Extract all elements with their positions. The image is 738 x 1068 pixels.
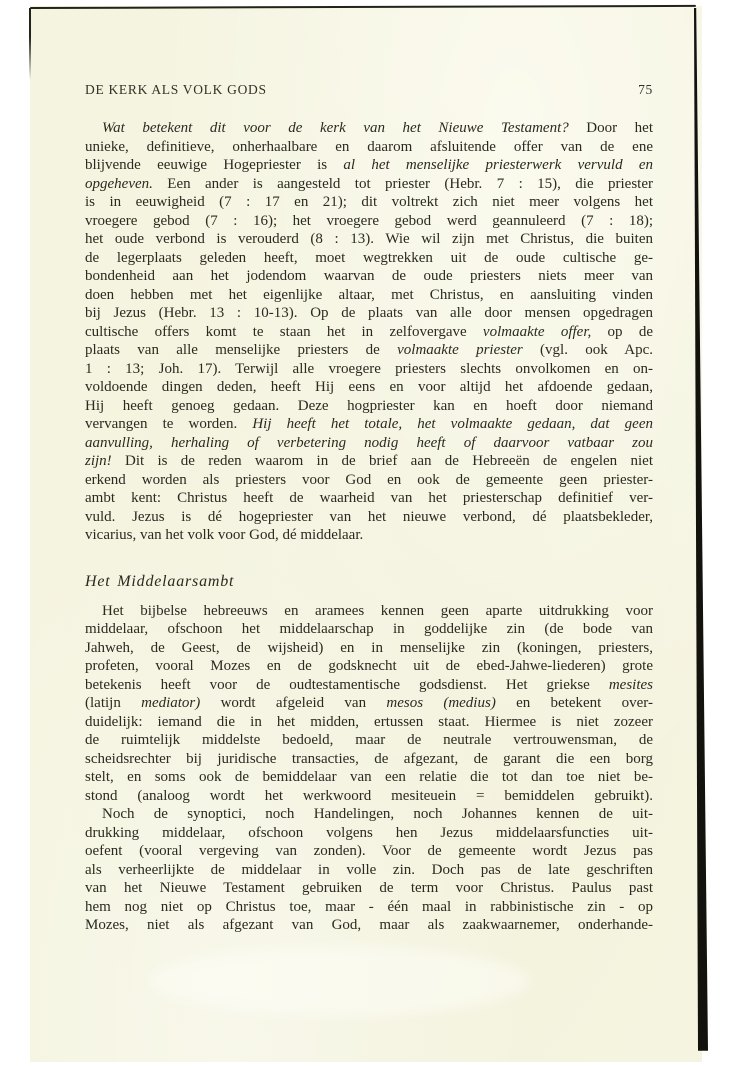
text-line: de legerplaats geleden heeft, moet wegtr… (85, 249, 653, 268)
text-line: vicarius, van het volk voor God, dé midd… (85, 526, 653, 545)
text-line: hem nog niet op Christus toe, maar - één… (85, 898, 653, 917)
text-line: 1 : 13; Joh. 17). Terwijl alle vroegere … (85, 360, 653, 379)
text-run: middelaar, ofschoon het middelaarschap i… (85, 621, 653, 637)
text-run: van het Nieuwe Testament gebruiken de te… (85, 880, 653, 896)
text-run: het oude verbond is verouderd (8 : 13). … (85, 231, 653, 247)
text-line: middelaar, ofschoon het middelaarschap i… (85, 620, 653, 639)
text-run: bondenheid aan het jodendom waarvan de o… (85, 268, 653, 284)
text-run: blijvende eeuwige Hogepriester is (85, 157, 343, 173)
text-run: vervangen te worden. (85, 416, 252, 432)
running-header: DE KERK ALS VOLK GODS 75 (85, 82, 653, 100)
text-run: Het bijbelse hebreeuws en aramees kennen… (102, 603, 653, 619)
text-run: Mozes, niet als afgezant van God, maar a… (85, 917, 653, 933)
text-run: volmaakte offer, (483, 324, 591, 340)
text-line: Het bijbelse hebreeuws en aramees kennen… (85, 602, 653, 621)
text-line: het oude verbond is verouderd (8 : 13). … (85, 230, 653, 249)
text-line: erkend worden als priesters voor God en … (85, 471, 653, 490)
text-line: profeten, vooral Mozes en de godsknecht … (85, 657, 653, 676)
text-line: zijn! Dit is de reden waarom in de brief… (85, 452, 653, 471)
text-run: Dit is de reden waarom in de brief aan d… (112, 453, 653, 469)
text-run: wordt afgeleid van (200, 695, 386, 711)
text-run: erkend worden als priesters voor God en … (85, 472, 653, 488)
text-run: betekenis heeft voor de oudtestamentisch… (85, 677, 609, 693)
paper-texture-blotch (150, 946, 530, 1016)
text-run: doen hebben met het eigenlijke altaar, m… (85, 287, 653, 303)
text-run: (vgl. ook Apc. (523, 342, 653, 358)
text-line: als verheerlijkte de middelaar in volle … (85, 861, 653, 880)
page-body: Wat betekent dit voor de kerk van het Ni… (85, 119, 653, 935)
text-line: duidelijk: iemand die in het midden, ert… (85, 713, 653, 732)
text-run: op de (591, 324, 653, 340)
text-line: vroegere gebod (7 : 16); het vroegere ge… (85, 212, 653, 231)
text-line: bij Jezus (Hebr. 13 : 10-13). Op de plaa… (85, 304, 653, 323)
text-block: DE KERK ALS VOLK GODS 75 Wat betekent di… (85, 82, 653, 935)
text-run: Wat betekent dit voor de kerk van het Ni… (102, 120, 569, 136)
text-line: oefent (vooral vergeving van zonden). Vo… (85, 842, 653, 861)
text-run: stond (analoog wordt het werkwoord mesit… (85, 788, 653, 804)
text-run: bij Jezus (Hebr. 13 : 10-13). Op de plaa… (85, 305, 653, 321)
text-run: stelt, en soms ook de bemiddelaar van ee… (85, 769, 653, 785)
text-run: drukking middelaar, ofschoon volgens hen… (85, 825, 653, 841)
paragraph: Wat betekent dit voor de kerk van het Ni… (85, 119, 653, 545)
text-run: aanvulling, herhaling of verbetering nod… (85, 435, 653, 451)
text-line: Mozes, niet als afgezant van God, maar a… (85, 916, 653, 935)
text-run: Jahweh, de Geest, de wijsheid) en in men… (85, 640, 653, 656)
text-line: bondenheid aan het jodendom waarvan de o… (85, 267, 653, 286)
page-number: 75 (638, 82, 653, 98)
text-line: Wat betekent dit voor de kerk van het Ni… (85, 119, 653, 138)
text-run: plaats van alle menselijke priesters de (85, 342, 397, 358)
text-line: drukking middelaar, ofschoon volgens hen… (85, 824, 653, 843)
text-run: Hij heeft het totale, het volmaakte geda… (252, 416, 653, 432)
text-run: Door het (569, 120, 653, 136)
text-line: (latijn mediator) wordt afgeleid van mes… (85, 694, 653, 713)
text-line: voldoende dingen deden, heeft Hij eens e… (85, 378, 653, 397)
paragraph: Het bijbelse hebreeuws en aramees kennen… (85, 602, 653, 806)
scanned-book-page: DE KERK ALS VOLK GODS 75 Wat betekent di… (0, 0, 738, 1068)
text-run: de legerplaats geleden heeft, moet wegtr… (85, 250, 653, 266)
text-run: vicarius, van het volk voor God, dé midd… (85, 527, 363, 543)
text-line: blijvende eeuwige Hogepriester is al het… (85, 156, 653, 175)
text-run: als verheerlijkte de middelaar in volle … (85, 862, 653, 878)
text-run: mediator) (141, 695, 200, 711)
text-line: Jahweh, de Geest, de wijsheid) en in men… (85, 639, 653, 658)
text-line: van het Nieuwe Testament gebruiken de te… (85, 879, 653, 898)
text-run: Noch de synoptici, noch Handelingen, noc… (102, 806, 653, 822)
text-line: aanvulling, herhaling of verbetering nod… (85, 434, 653, 453)
text-run: cultische offers komt te staan het in ze… (85, 324, 483, 340)
text-line: is in eeuwigheid (7 : 17 en 21); dit vol… (85, 193, 653, 212)
text-line: stelt, en soms ook de bemiddelaar van ee… (85, 768, 653, 787)
text-run: oefent (vooral vergeving van zonden). Vo… (85, 843, 653, 859)
text-run: opgeheven. (85, 176, 153, 192)
text-run: voldoende dingen deden, heeft Hij eens e… (85, 379, 653, 395)
text-run: de ruimtelijk middelste bedoeld, maar de… (85, 732, 653, 748)
text-run: scheidsrechter bij juridische transactie… (85, 751, 653, 767)
running-header-title: DE KERK ALS VOLK GODS (85, 82, 267, 98)
text-run: mesites (609, 677, 653, 693)
text-run: vroegere gebod (7 : 16); het vroegere ge… (85, 213, 653, 229)
text-line: opgeheven. Een ander is aangesteld tot p… (85, 175, 653, 194)
text-run: Een ander is aangesteld tot priester (He… (153, 176, 653, 192)
text-run: al het menselijke priesterwerk vervuld e… (343, 157, 653, 173)
text-line: Noch de synoptici, noch Handelingen, noc… (85, 805, 653, 824)
text-line: scheidsrechter bij juridische transactie… (85, 750, 653, 769)
text-line: Hij heeft genoeg gedaan. Deze hogprieste… (85, 397, 653, 416)
text-line: ambt kent: Christus heeft de waarheid va… (85, 489, 653, 508)
book-page: DE KERK ALS VOLK GODS 75 Wat betekent di… (30, 6, 702, 1062)
text-run: 1 : 13; Joh. 17). Terwijl alle vroegere … (85, 361, 653, 377)
text-run: profeten, vooral Mozes en de godsknecht … (85, 658, 653, 674)
text-run: is in eeuwigheid (7 : 17 en 21); dit vol… (85, 194, 653, 210)
text-line: de ruimtelijk middelste bedoeld, maar de… (85, 731, 653, 750)
text-run: Hij heeft genoeg gedaan. Deze hogprieste… (85, 398, 653, 414)
text-line: cultische offers komt te staan het in ze… (85, 323, 653, 342)
text-run: mesos (medius) (386, 695, 495, 711)
text-line: betekenis heeft voor de oudtestamentisch… (85, 676, 653, 695)
text-run: duidelijk: iemand die in het midden, ert… (85, 714, 653, 730)
text-run: (latijn (85, 695, 141, 711)
text-line: vuld. Jezus is dé hogepriester van het n… (85, 508, 653, 527)
text-run: unieke, definitieve, onherhaalbare en da… (85, 139, 653, 155)
text-run: vuld. Jezus is dé hogepriester van het n… (85, 509, 653, 525)
text-line: unieke, definitieve, onherhaalbare en da… (85, 138, 653, 157)
text-line: stond (analoog wordt het werkwoord mesit… (85, 787, 653, 806)
section-heading: Het Middelaarsambt (85, 572, 653, 591)
paragraph: Noch de synoptici, noch Handelingen, noc… (85, 805, 653, 935)
text-line: vervangen te worden. Hij heeft het total… (85, 415, 653, 434)
scan-edge-left (29, 8, 31, 80)
text-run: volmaakte priester (397, 342, 523, 358)
text-run: zijn! (85, 453, 112, 469)
text-run: ambt kent: Christus heeft de waarheid va… (85, 490, 653, 506)
text-line: doen hebben met het eigenlijke altaar, m… (85, 286, 653, 305)
text-run: hem nog niet op Christus toe, maar - één… (85, 899, 653, 915)
text-line: plaats van alle menselijke priesters de … (85, 341, 653, 360)
text-run: en betekent over- (496, 695, 653, 711)
